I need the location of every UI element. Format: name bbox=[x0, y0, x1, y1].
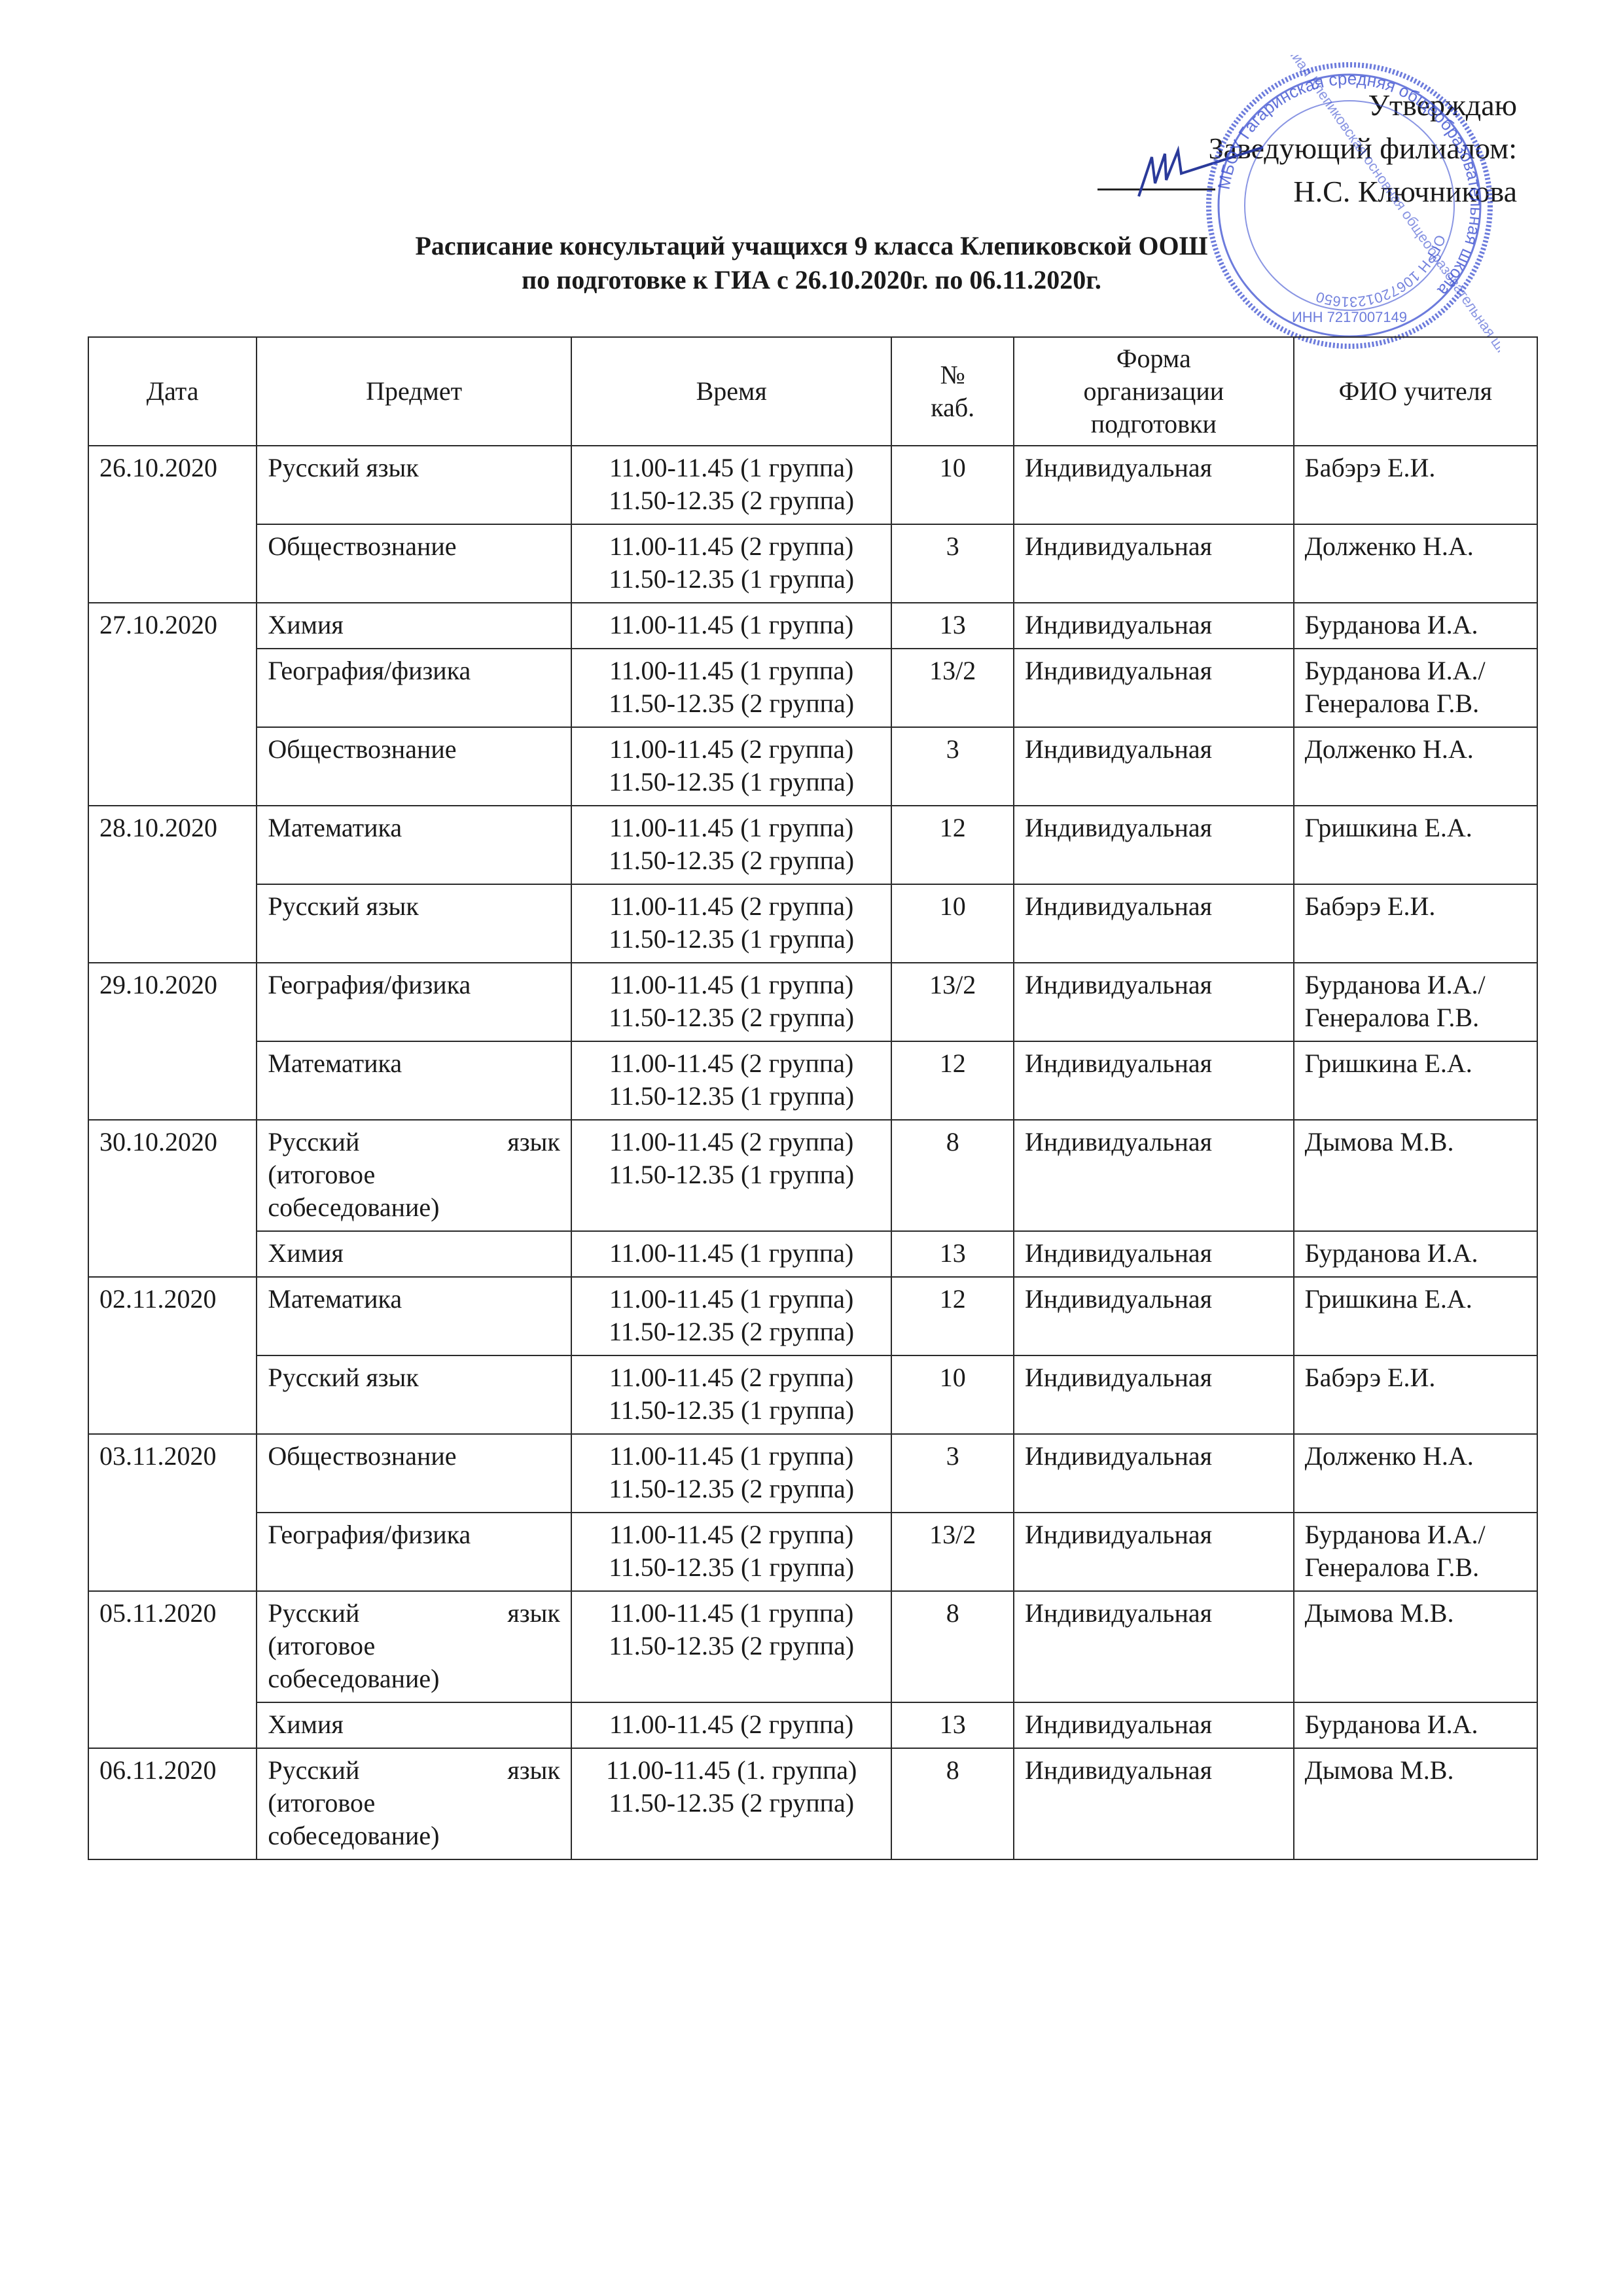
cell-time: 11.00-11.45 (2 группа) bbox=[571, 1702, 892, 1748]
header-form: Форма организации подготовки bbox=[1014, 337, 1294, 446]
cell-subject: География/физика bbox=[257, 649, 571, 727]
cell-form: Индивидуальная bbox=[1014, 1702, 1294, 1748]
cell-room: 10 bbox=[891, 1355, 1014, 1434]
cell-subject: Химия bbox=[257, 1702, 571, 1748]
header-subject: Предмет bbox=[257, 337, 571, 446]
cell-form: Индивидуальная bbox=[1014, 727, 1294, 806]
cell-subject: Русский язык bbox=[257, 884, 571, 963]
cell-form: Индивидуальная bbox=[1014, 524, 1294, 603]
time-slot: 11.00-11.45 (1 группа) bbox=[582, 1440, 881, 1473]
cell-teacher: Бурданова И.А. bbox=[1294, 1702, 1537, 1748]
approval-title: Утверждаю bbox=[1209, 84, 1517, 127]
cell-subject: Русскийязык(итоговоесобеседование) bbox=[257, 1748, 571, 1859]
cell-room: 10 bbox=[891, 446, 1014, 524]
cell-form: Индивидуальная bbox=[1014, 1434, 1294, 1513]
cell-date: 05.11.2020 bbox=[88, 1591, 257, 1748]
cell-time: 11.00-11.45 (2 группа)11.50-12.35 (1 гру… bbox=[571, 524, 892, 603]
cell-date: 26.10.2020 bbox=[88, 446, 257, 603]
cell-form: Индивидуальная bbox=[1014, 1231, 1294, 1277]
cell-room: 3 bbox=[891, 1434, 1014, 1513]
time-slot: 11.50-12.35 (1 группа) bbox=[582, 1080, 881, 1113]
table-row: 30.10.2020Русскийязык(итоговоесобеседова… bbox=[88, 1120, 1537, 1231]
cell-room: 8 bbox=[891, 1120, 1014, 1231]
time-slot: 11.50-12.35 (1 группа) bbox=[582, 1394, 881, 1427]
cell-teacher: Долженко Н.А. bbox=[1294, 727, 1537, 806]
cell-date: 30.10.2020 bbox=[88, 1120, 257, 1277]
cell-subject: Обществознание bbox=[257, 727, 571, 806]
cell-subject: Русский язык bbox=[257, 1355, 571, 1434]
cell-time: 11.00-11.45 (1 группа)11.50-12.35 (2 гру… bbox=[571, 649, 892, 727]
cell-teacher: Дымова М.В. bbox=[1294, 1120, 1537, 1231]
cell-form: Индивидуальная bbox=[1014, 1591, 1294, 1702]
time-slot: 11.00-11.45 (1 группа) bbox=[582, 1237, 881, 1270]
cell-form: Индивидуальная bbox=[1014, 1748, 1294, 1859]
time-slot: 11.50-12.35 (2 группа) bbox=[582, 687, 881, 720]
time-slot: 11.50-12.35 (2 группа) bbox=[582, 1787, 881, 1820]
time-slot: 11.50-12.35 (2 группа) bbox=[582, 1316, 881, 1348]
header-room: № каб. bbox=[891, 337, 1014, 446]
cell-form: Индивидуальная bbox=[1014, 446, 1294, 524]
cell-time: 11.00-11.45 (1 группа)11.50-12.35 (2 гру… bbox=[571, 1277, 892, 1355]
table-row: Обществознание11.00-11.45 (2 группа)11.5… bbox=[88, 727, 1537, 806]
cell-subject: Русскийязык(итоговоесобеседование) bbox=[257, 1120, 571, 1231]
table-row: Математика11.00-11.45 (2 группа)11.50-12… bbox=[88, 1041, 1537, 1120]
cell-teacher: Дымова М.В. bbox=[1294, 1591, 1537, 1702]
time-slot: 11.00-11.45 (2 группа) bbox=[582, 733, 881, 766]
cell-room: 12 bbox=[891, 806, 1014, 884]
time-slot: 11.00-11.45 (1 группа) bbox=[582, 969, 881, 1001]
cell-time: 11.00-11.45 (1 группа)11.50-12.35 (2 гру… bbox=[571, 1591, 892, 1702]
cell-subject: География/физика bbox=[257, 1513, 571, 1591]
time-slot: 11.00-11.45 (1. группа) bbox=[582, 1754, 881, 1787]
cell-time: 11.00-11.45 (2 группа)11.50-12.35 (1 гру… bbox=[571, 1513, 892, 1591]
time-slot: 11.50-12.35 (2 группа) bbox=[582, 1630, 881, 1662]
table-row: 05.11.2020Русскийязык(итоговоесобеседова… bbox=[88, 1591, 1537, 1702]
cell-time: 11.00-11.45 (1 группа)11.50-12.35 (2 гру… bbox=[571, 806, 892, 884]
cell-form: Индивидуальная bbox=[1014, 1277, 1294, 1355]
approval-block: Утверждаю Заведующий филиалом: Н.С. Ключ… bbox=[1209, 84, 1517, 213]
time-slot: 11.50-12.35 (1 группа) bbox=[582, 923, 881, 956]
cell-room: 13 bbox=[891, 1231, 1014, 1277]
table-row: 29.10.2020География/физика11.00-11.45 (1… bbox=[88, 963, 1537, 1041]
table-header-row: Дата Предмет Время № каб. Форма организа… bbox=[88, 337, 1537, 446]
table-row: 28.10.2020Математика11.00-11.45 (1 групп… bbox=[88, 806, 1537, 884]
cell-form: Индивидуальная bbox=[1014, 1041, 1294, 1120]
time-slot: 11.50-12.35 (1 группа) bbox=[582, 1551, 881, 1584]
cell-room: 12 bbox=[891, 1277, 1014, 1355]
cell-teacher: Гришкина Е.А. bbox=[1294, 1277, 1537, 1355]
time-slot: 11.50-12.35 (2 группа) bbox=[582, 1001, 881, 1034]
cell-form: Индивидуальная bbox=[1014, 1120, 1294, 1231]
cell-subject: Математика bbox=[257, 806, 571, 884]
cell-teacher: Бабэрэ Е.И. bbox=[1294, 446, 1537, 524]
time-slot: 11.00-11.45 (1 группа) bbox=[582, 609, 881, 641]
time-slot: 11.00-11.45 (1 группа) bbox=[582, 1597, 881, 1630]
cell-room: 13/2 bbox=[891, 1513, 1014, 1591]
table-row: География/физика11.00-11.45 (1 группа)11… bbox=[88, 649, 1537, 727]
table-row: Русский язык11.00-11.45 (2 группа)11.50-… bbox=[88, 1355, 1537, 1434]
cell-subject: Обществознание bbox=[257, 1434, 571, 1513]
table-row: География/физика11.00-11.45 (2 группа)11… bbox=[88, 1513, 1537, 1591]
time-slot: 11.50-12.35 (1 группа) bbox=[582, 563, 881, 596]
cell-date: 02.11.2020 bbox=[88, 1277, 257, 1434]
cell-form: Индивидуальная bbox=[1014, 963, 1294, 1041]
table-row: Обществознание11.00-11.45 (2 группа)11.5… bbox=[88, 524, 1537, 603]
cell-subject: Русскийязык(итоговоесобеседование) bbox=[257, 1591, 571, 1702]
time-slot: 11.00-11.45 (1 группа) bbox=[582, 1283, 881, 1316]
cell-form: Индивидуальная bbox=[1014, 884, 1294, 963]
svg-text:ИНН 7217007149: ИНН 7217007149 bbox=[1292, 309, 1407, 325]
cell-subject: Математика bbox=[257, 1041, 571, 1120]
cell-room: 8 bbox=[891, 1591, 1014, 1702]
time-slot: 11.00-11.45 (2 группа) bbox=[582, 1126, 881, 1158]
cell-form: Индивидуальная bbox=[1014, 1513, 1294, 1591]
cell-time: 11.00-11.45 (2 группа)11.50-12.35 (1 гру… bbox=[571, 1355, 892, 1434]
cell-room: 13 bbox=[891, 1702, 1014, 1748]
time-slot: 11.50-12.35 (1 группа) bbox=[582, 1158, 881, 1191]
time-slot: 11.50-12.35 (2 группа) bbox=[582, 844, 881, 877]
cell-time: 11.00-11.45 (1 группа)11.50-12.35 (2 гру… bbox=[571, 446, 892, 524]
cell-date: 28.10.2020 bbox=[88, 806, 257, 963]
cell-teacher: Бабэрэ Е.И. bbox=[1294, 1355, 1537, 1434]
cell-time: 11.00-11.45 (1 группа) bbox=[571, 603, 892, 649]
cell-form: Индивидуальная bbox=[1014, 806, 1294, 884]
cell-form: Индивидуальная bbox=[1014, 1355, 1294, 1434]
cell-teacher: Бурданова И.А./Генералова Г.В. bbox=[1294, 1513, 1537, 1591]
title-line-2: по подготовке к ГИА с 26.10.2020г. по 06… bbox=[0, 263, 1623, 297]
header-date: Дата bbox=[88, 337, 257, 446]
cell-time: 11.00-11.45 (2 группа)11.50-12.35 (1 гру… bbox=[571, 1120, 892, 1231]
cell-teacher: Гришкина Е.А. bbox=[1294, 806, 1537, 884]
cell-time: 11.00-11.45 (1 группа)11.50-12.35 (2 гру… bbox=[571, 1434, 892, 1513]
time-slot: 11.50-12.35 (2 группа) bbox=[582, 484, 881, 517]
schedule-table: Дата Предмет Время № каб. Форма организа… bbox=[88, 336, 1538, 1860]
cell-teacher: Бурданова И.А. bbox=[1294, 603, 1537, 649]
cell-room: 3 bbox=[891, 524, 1014, 603]
time-slot: 11.00-11.45 (2 группа) bbox=[582, 1518, 881, 1551]
cell-time: 11.00-11.45 (1 группа)11.50-12.35 (2 гру… bbox=[571, 963, 892, 1041]
cell-time: 11.00-11.45 (2 группа)11.50-12.35 (1 гру… bbox=[571, 727, 892, 806]
table-row: Химия11.00-11.45 (1 группа)13Индивидуаль… bbox=[88, 1231, 1537, 1277]
header-teacher: ФИО учителя bbox=[1294, 337, 1537, 446]
time-slot: 11.00-11.45 (2 группа) bbox=[582, 530, 881, 563]
time-slot: 11.50-12.35 (2 группа) bbox=[582, 1473, 881, 1505]
time-slot: 11.00-11.45 (1 группа) bbox=[582, 812, 881, 844]
cell-room: 13/2 bbox=[891, 963, 1014, 1041]
time-slot: 11.00-11.45 (2 группа) bbox=[582, 1047, 881, 1080]
cell-form: Индивидуальная bbox=[1014, 603, 1294, 649]
cell-teacher: Бурданова И.А. bbox=[1294, 1231, 1537, 1277]
table-row: 06.11.2020Русскийязык(итоговоесобеседова… bbox=[88, 1748, 1537, 1859]
cell-teacher: Долженко Н.А. bbox=[1294, 1434, 1537, 1513]
cell-date: 03.11.2020 bbox=[88, 1434, 257, 1591]
cell-subject: Химия bbox=[257, 1231, 571, 1277]
cell-subject: Обществознание bbox=[257, 524, 571, 603]
cell-room: 8 bbox=[891, 1748, 1014, 1859]
cell-room: 12 bbox=[891, 1041, 1014, 1120]
cell-room: 13 bbox=[891, 603, 1014, 649]
table-row: 02.11.2020Математика11.00-11.45 (1 групп… bbox=[88, 1277, 1537, 1355]
cell-room: 13/2 bbox=[891, 649, 1014, 727]
cell-teacher: Бабэрэ Е.И. bbox=[1294, 884, 1537, 963]
cell-date: 06.11.2020 bbox=[88, 1748, 257, 1859]
cell-subject: Русский язык bbox=[257, 446, 571, 524]
approval-name: Н.С. Ключникова bbox=[1209, 170, 1517, 213]
cell-teacher: Бурданова И.А./Генералова Г.В. bbox=[1294, 963, 1537, 1041]
time-slot: 11.50-12.35 (1 группа) bbox=[582, 766, 881, 798]
approval-position: Заведующий филиалом: bbox=[1209, 127, 1517, 170]
table-row: Химия11.00-11.45 (2 группа)13Индивидуаль… bbox=[88, 1702, 1537, 1748]
cell-time: 11.00-11.45 (2 группа)11.50-12.35 (1 гру… bbox=[571, 884, 892, 963]
title-line-1: Расписание консультаций учащихся 9 класс… bbox=[0, 229, 1623, 263]
schedule-body: 26.10.2020Русский язык11.00-11.45 (1 гру… bbox=[88, 446, 1537, 1859]
cell-room: 3 bbox=[891, 727, 1014, 806]
document-title: Расписание консультаций учащихся 9 класс… bbox=[0, 229, 1623, 297]
table-row: 26.10.2020Русский язык11.00-11.45 (1 гру… bbox=[88, 446, 1537, 524]
cell-teacher: Долженко Н.А. bbox=[1294, 524, 1537, 603]
cell-date: 29.10.2020 bbox=[88, 963, 257, 1120]
time-slot: 11.00-11.45 (2 группа) bbox=[582, 1361, 881, 1394]
time-slot: 11.00-11.45 (1 группа) bbox=[582, 655, 881, 687]
signature-line bbox=[1097, 188, 1215, 190]
cell-subject: Химия bbox=[257, 603, 571, 649]
time-slot: 11.00-11.45 (2 группа) bbox=[582, 1708, 881, 1741]
cell-teacher: Бурданова И.А./Генералова Г.В. bbox=[1294, 649, 1537, 727]
cell-time: 11.00-11.45 (2 группа)11.50-12.35 (1 гру… bbox=[571, 1041, 892, 1120]
cell-teacher: Гришкина Е.А. bbox=[1294, 1041, 1537, 1120]
cell-form: Индивидуальная bbox=[1014, 649, 1294, 727]
cell-room: 10 bbox=[891, 884, 1014, 963]
cell-teacher: Дымова М.В. bbox=[1294, 1748, 1537, 1859]
table-row: 03.11.2020Обществознание11.00-11.45 (1 г… bbox=[88, 1434, 1537, 1513]
cell-subject: Математика bbox=[257, 1277, 571, 1355]
time-slot: 11.00-11.45 (1 группа) bbox=[582, 452, 881, 484]
header-time: Время bbox=[571, 337, 892, 446]
table-row: Русский язык11.00-11.45 (2 группа)11.50-… bbox=[88, 884, 1537, 963]
table-row: 27.10.2020Химия11.00-11.45 (1 группа)13И… bbox=[88, 603, 1537, 649]
cell-date: 27.10.2020 bbox=[88, 603, 257, 806]
time-slot: 11.00-11.45 (2 группа) bbox=[582, 890, 881, 923]
cell-subject: География/физика bbox=[257, 963, 571, 1041]
cell-time: 11.00-11.45 (1. группа)11.50-12.35 (2 гр… bbox=[571, 1748, 892, 1859]
cell-time: 11.00-11.45 (1 группа) bbox=[571, 1231, 892, 1277]
